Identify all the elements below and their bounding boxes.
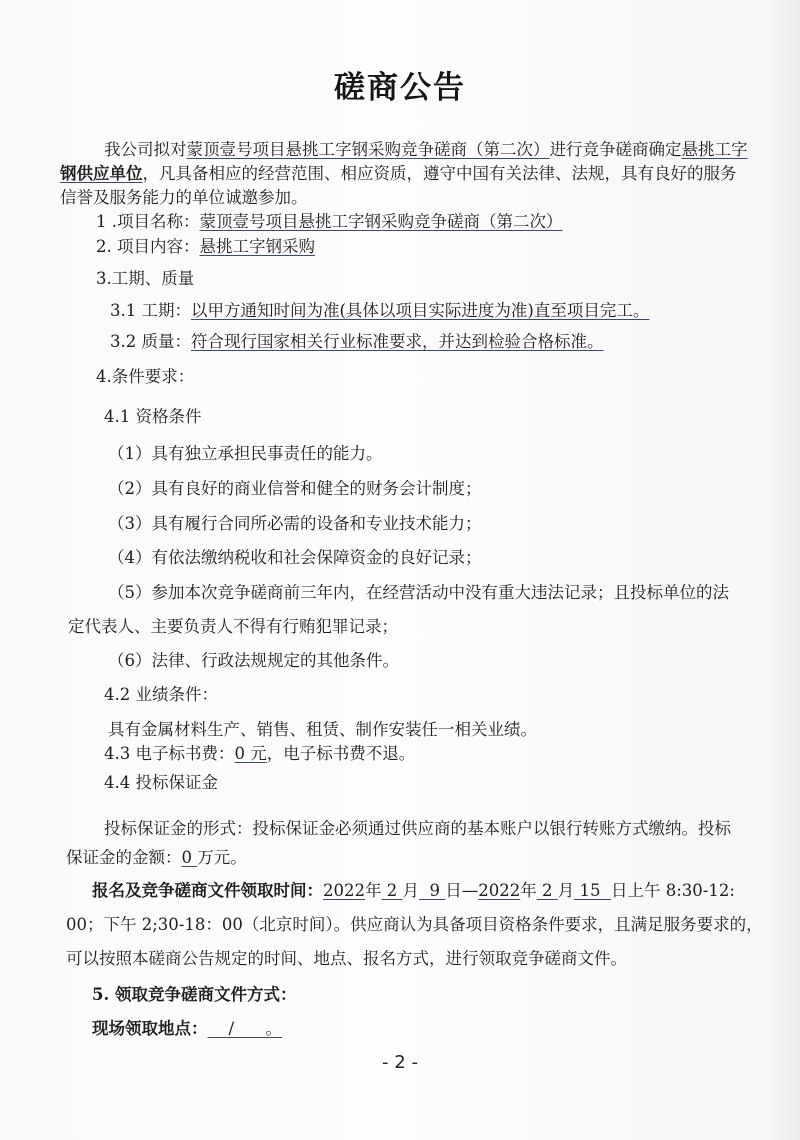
condition-item: （4）有依法缴纳税收和社会保障资金的良好记录； bbox=[108, 547, 482, 569]
tender-fee-value: 0 元 bbox=[235, 744, 267, 763]
registration-line-2: 00；下午 2;30-18：00（北京时间）。供应商认为具备项目资格条件要求，且… bbox=[66, 914, 763, 936]
section-5-heading: 5. 领取竞争磋商文件方式： bbox=[92, 984, 296, 1006]
condition-item: （6）法律、行政法规规定的其他条件。 bbox=[108, 650, 399, 672]
document-page: 磋商公告 我公司拟对蒙顶壹号项目悬挑工字钢采购竞争磋商（第二次）进行竞争磋商确定… bbox=[0, 0, 800, 1140]
deposit-form-line: 投标保证金的形式：投标保证金必须通过供应商的基本账户以银行转账方式缴纳。投标 bbox=[104, 818, 731, 840]
quality-row: 3.2 质量：符合现行国家相关行业标准要求，并达到检验合格标准。 bbox=[110, 331, 604, 353]
intro-line-2: 钢供应单位，凡具备相应的经营范围、相应资质，遵守中国有关法律、法规，具有良好的服… bbox=[60, 163, 737, 185]
deposit-amount-value: 0 bbox=[182, 848, 198, 867]
pickup-location-value: / 。 bbox=[208, 1019, 283, 1038]
project-content-value: 悬挑工字钢采购 bbox=[200, 237, 316, 256]
project-name-row: 1 .项目名称：蒙顶壹号项目悬挑工字钢采购竞争磋商（第二次） bbox=[96, 211, 563, 233]
duration-row: 3.1 工期：以甲方通知时间为准(具体以项目实际进度为准)直至项目完工。 bbox=[110, 300, 649, 322]
condition-item: （5）参加本次竞争磋商前三年内，在经营活动中没有重大违法记录；且投标单位的法 bbox=[108, 582, 729, 604]
condition-item-continuation: 定代表人、主要负责人不得有行贿犯罪记录； bbox=[68, 616, 398, 638]
duration-value: 以甲方通知时间为准(具体以项目实际进度为准)直至项目完工。 bbox=[191, 301, 649, 320]
deposit-amount-row: 保证金的金额：0 万元。 bbox=[66, 847, 247, 869]
project-name-value: 蒙顶壹号项目悬挑工字钢采购竞争磋商（第二次） bbox=[200, 212, 563, 231]
quality-value: 符合现行国家相关行业标准要求，并达到检验合格标准。 bbox=[191, 332, 604, 351]
condition-item: （2）具有良好的商业信誉和健全的财务会计制度； bbox=[108, 478, 482, 500]
condition-item: （3）具有履行合同所必需的设备和专业技术能力； bbox=[108, 513, 482, 535]
section-3-heading: 3.工期、质量 bbox=[96, 268, 194, 290]
registration-time-row: 报名及竞争磋商文件领取时间：2022年 2 月 9 日—2022年 2 月 15… bbox=[92, 880, 735, 902]
intro-line-3: 信誉及服务能力的单位诚邀参加。 bbox=[60, 187, 308, 209]
deposit-heading: 4.4 投标保证金 bbox=[104, 772, 218, 794]
registration-line-3: 可以按照本磋商公告规定的时间、地点、报名方式，进行领取竞争磋商文件。 bbox=[66, 948, 627, 970]
performance-heading: 4.2 业绩条件： bbox=[104, 684, 218, 706]
page-title: 磋商公告 bbox=[0, 62, 800, 107]
section-4-heading: 4.条件要求： bbox=[96, 366, 194, 388]
project-content-row: 2. 项目内容：悬挑工字钢采购 bbox=[96, 236, 315, 258]
performance-text: 具有金属材料生产、销售、租赁、制作安装任一相关业绩。 bbox=[108, 719, 537, 741]
intro-line-1: 我公司拟对蒙顶壹号项目悬挑工字钢采购竞争磋商（第二次）进行竞争磋商确定悬挑工字 bbox=[104, 139, 748, 161]
qualification-heading: 4.1 资格条件 bbox=[104, 406, 202, 428]
tender-fee-row: 4.3 电子标书费：0 元，电子标书费不退。 bbox=[104, 743, 415, 765]
pickup-location-row: 现场领取地点： / 。 bbox=[92, 1018, 282, 1040]
page-number: - 2 - bbox=[0, 1052, 800, 1073]
condition-item: （1）具有独立承担民事责任的能力。 bbox=[108, 443, 383, 465]
intro-project-name: 蒙顶壹号项目悬挑工字钢采购竞争磋商（第二次） bbox=[187, 140, 550, 159]
